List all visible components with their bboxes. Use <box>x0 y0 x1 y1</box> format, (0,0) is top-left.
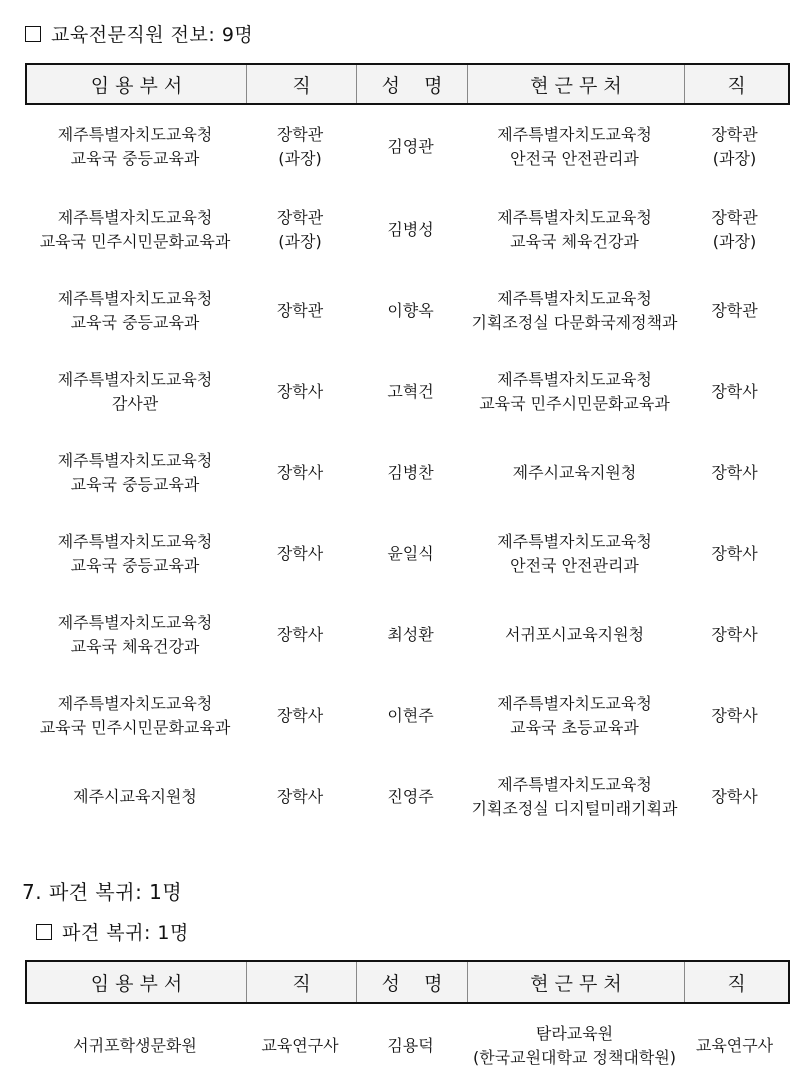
checkbox-square-icon <box>25 26 41 42</box>
name-cell: 이현주 <box>355 675 466 756</box>
current-position-cell: 장학사 <box>683 594 786 675</box>
position-cell-line: 장학관 <box>277 123 323 147</box>
col-appointed-dept: 임 용 부 서 <box>27 962 247 1002</box>
current-workplace-cell: 제주시교육지원청 <box>466 432 683 513</box>
current-workplace-cell-line: 제주특별자치도교육청 <box>497 530 652 554</box>
table-row: 제주특별자치도교육청감사관장학사고혁건제주특별자치도교육청교육국 민주시민문화교… <box>25 351 790 432</box>
checkbox-square-icon <box>36 924 52 940</box>
current-workplace-cell: 탐라교육원(한국교원대학교 정책대학원) <box>466 1004 683 1087</box>
current-workplace-cell-line: 탐라교육원 <box>536 1022 613 1046</box>
transfer-table: 임 용 부 서 직 성 명 현 근 무 처 직 제주특별자치도교육청교육국 중등… <box>25 63 790 837</box>
dept-cell-line: 제주특별자치도교육청 <box>58 530 213 554</box>
current-position-cell: 교육연구사 <box>683 1004 786 1087</box>
dept-cell: 서귀포학생문화원 <box>25 1004 245 1087</box>
table-row: 서귀포학생문화원교육연구사김용덕탐라교육원(한국교원대학교 정책대학원)교육연구… <box>25 1004 790 1087</box>
position-cell-line: 장학사 <box>277 542 323 566</box>
table-row: 제주특별자치도교육청교육국 중등교육과장학관이향옥제주특별자치도교육청기획조정실… <box>25 270 790 351</box>
col-position: 직 <box>247 962 357 1002</box>
current-workplace-cell-line: 제주특별자치도교육청 <box>497 368 652 392</box>
current-position-cell: 장학사 <box>683 432 786 513</box>
current-position-cell: 장학사 <box>683 513 786 594</box>
dept-cell: 제주특별자치도교육청교육국 체육건강과 <box>25 594 245 675</box>
name-cell: 김용덕 <box>355 1004 466 1087</box>
name-cell: 김병성 <box>355 189 466 270</box>
position-cell: 장학사 <box>245 675 355 756</box>
name-cell-line: 김병찬 <box>387 461 433 485</box>
current-position-cell-line: 교육연구사 <box>696 1034 773 1058</box>
name-cell: 이향옥 <box>355 270 466 351</box>
current-position-cell-line: 장학사 <box>711 461 757 485</box>
col-appointed-dept: 임 용 부 서 <box>27 65 247 103</box>
position-cell: 장학사 <box>245 513 355 594</box>
current-position-cell-line: 장학사 <box>711 623 757 647</box>
current-position-cell: 장학관 <box>683 270 786 351</box>
position-cell-line: 장학관 <box>277 206 323 230</box>
dept-cell-line: 교육국 민주시민문화교육과 <box>40 230 231 254</box>
current-position-cell-line: 장학관 <box>711 123 757 147</box>
current-position-cell: 장학관(과장) <box>683 105 786 189</box>
current-workplace-cell-line: 제주특별자치도교육청 <box>497 287 652 311</box>
current-workplace-cell-line: 교육국 체육건강과 <box>510 230 639 254</box>
current-workplace-cell-line: 제주특별자치도교육청 <box>497 692 652 716</box>
position-cell-line: 장학사 <box>277 623 323 647</box>
dept-cell-line: 제주특별자치도교육청 <box>58 692 213 716</box>
position-cell: 장학관(과장) <box>245 105 355 189</box>
position-cell: 장학사 <box>245 351 355 432</box>
table-body: 서귀포학생문화원교육연구사김용덕탐라교육원(한국교원대학교 정책대학원)교육연구… <box>25 1004 790 1087</box>
position-cell-line: 장학사 <box>277 785 323 809</box>
dept-cell: 제주특별자치도교육청교육국 중등교육과 <box>25 105 245 189</box>
position-cell: 장학사 <box>245 756 355 837</box>
name-cell-line: 최성환 <box>387 623 433 647</box>
current-workplace-cell: 제주특별자치도교육청교육국 체육건강과 <box>466 189 683 270</box>
dept-cell-line: 제주특별자치도교육청 <box>58 611 213 635</box>
dept-cell: 제주특별자치도교육청교육국 중등교육과 <box>25 270 245 351</box>
position-cell-line: 장학사 <box>277 704 323 728</box>
position-cell: 장학관 <box>245 270 355 351</box>
dept-cell-line: 교육국 중등교육과 <box>71 554 200 578</box>
col-name: 성 명 <box>357 65 468 103</box>
current-position-cell-line: 장학관 <box>711 206 757 230</box>
table-row: 제주특별자치도교육청교육국 민주시민문화교육과장학사이현주제주특별자치도교육청교… <box>25 675 790 756</box>
current-workplace-cell-line: (한국교원대학교 정책대학원) <box>473 1046 676 1070</box>
dept-cell: 제주특별자치도교육청교육국 민주시민문화교육과 <box>25 189 245 270</box>
position-cell-line: (과장) <box>278 147 321 171</box>
dept-cell-line: 교육국 체육건강과 <box>71 635 200 659</box>
table-header: 임 용 부 서 직 성 명 현 근 무 처 직 <box>25 63 790 105</box>
name-cell: 진영주 <box>355 756 466 837</box>
dept-cell-line: 서귀포학생문화원 <box>73 1034 197 1058</box>
dept-cell: 제주특별자치도교육청감사관 <box>25 351 245 432</box>
current-workplace-cell-line: 안전국 안전관리과 <box>510 554 639 578</box>
col-current-workplace: 현 근 무 처 <box>468 962 685 1002</box>
dept-cell-line: 교육국 민주시민문화교육과 <box>40 716 231 740</box>
section1-heading: 교육전문직원 전보: 9명 <box>25 20 253 47</box>
dept-cell: 제주특별자치도교육청교육국 중등교육과 <box>25 513 245 594</box>
col-name: 성 명 <box>357 962 468 1002</box>
name-cell-line: 김용덕 <box>387 1034 433 1058</box>
table-row: 제주특별자치도교육청교육국 체육건강과장학사최성환서귀포시교육지원청장학사 <box>25 594 790 675</box>
name-cell-line: 진영주 <box>387 785 433 809</box>
position-cell-line: 장학사 <box>277 461 323 485</box>
name-cell: 윤일식 <box>355 513 466 594</box>
current-workplace-cell: 제주특별자치도교육청교육국 민주시민문화교육과 <box>466 351 683 432</box>
name-cell: 김병찬 <box>355 432 466 513</box>
section2-title: 7. 파견 복귀: 1명 <box>22 876 182 905</box>
dept-cell-line: 교육국 중등교육과 <box>71 311 200 335</box>
dispatch-return-table: 임 용 부 서 직 성 명 현 근 무 처 직 서귀포학생문화원교육연구사김용덕… <box>25 960 790 1087</box>
current-workplace-cell-line: 제주특별자치도교육청 <box>497 123 652 147</box>
dept-cell: 제주특별자치도교육청교육국 민주시민문화교육과 <box>25 675 245 756</box>
name-cell-line: 이현주 <box>387 704 433 728</box>
current-position-cell: 장학사 <box>683 675 786 756</box>
position-cell-line: 교육연구사 <box>261 1034 338 1058</box>
table-row: 제주특별자치도교육청교육국 중등교육과장학사윤일식제주특별자치도교육청안전국 안… <box>25 513 790 594</box>
table-row: 제주특별자치도교육청교육국 민주시민문화교육과장학관(과장)김병성제주특별자치도… <box>25 189 790 270</box>
current-workplace-cell-line: 제주특별자치도교육청 <box>497 206 652 230</box>
name-cell: 김영관 <box>355 105 466 189</box>
position-cell: 교육연구사 <box>245 1004 355 1087</box>
current-workplace-cell-line: 기획조정실 다문화국제정책과 <box>471 311 677 335</box>
name-cell-line: 이향옥 <box>387 299 433 323</box>
dept-cell-line: 교육국 중등교육과 <box>71 147 200 171</box>
dept-cell-line: 제주시교육지원청 <box>73 785 197 809</box>
current-workplace-cell-line: 안전국 안전관리과 <box>510 147 639 171</box>
table-row: 제주특별자치도교육청교육국 중등교육과장학관(과장)김영관제주특별자치도교육청안… <box>25 105 790 189</box>
position-cell: 장학관(과장) <box>245 189 355 270</box>
table-row: 제주시교육지원청장학사진영주제주특별자치도교육청기획조정실 디지털미래기획과장학… <box>25 756 790 837</box>
current-workplace-cell-line: 교육국 초등교육과 <box>510 716 639 740</box>
current-workplace-cell: 제주특별자치도교육청교육국 초등교육과 <box>466 675 683 756</box>
name-cell-line: 고혁건 <box>387 380 433 404</box>
name-cell-line: 김병성 <box>387 218 433 242</box>
current-workplace-cell: 제주특별자치도교육청안전국 안전관리과 <box>466 513 683 594</box>
dept-cell-line: 제주특별자치도교육청 <box>58 206 213 230</box>
current-position-cell-line: (과장) <box>713 230 756 254</box>
dept-cell-line: 제주특별자치도교육청 <box>58 287 213 311</box>
current-workplace-cell-line: 제주특별자치도교육청 <box>497 773 652 797</box>
current-position-cell: 장학관(과장) <box>683 189 786 270</box>
dept-cell-line: 제주특별자치도교육청 <box>58 449 213 473</box>
current-workplace-cell: 서귀포시교육지원청 <box>466 594 683 675</box>
dept-cell-line: 제주특별자치도교육청 <box>58 368 213 392</box>
current-position-cell-line: 장학사 <box>711 542 757 566</box>
name-cell-line: 윤일식 <box>387 542 433 566</box>
current-position-cell-line: 장학관 <box>711 299 757 323</box>
section2-heading-text: 파견 복귀: 1명 <box>62 922 189 944</box>
position-cell: 장학사 <box>245 432 355 513</box>
current-workplace-cell-line: 제주시교육지원청 <box>513 461 637 485</box>
position-cell-line: 장학관 <box>277 299 323 323</box>
dept-cell: 제주시교육지원청 <box>25 756 245 837</box>
col-position: 직 <box>247 65 357 103</box>
section2-heading: 파견 복귀: 1명 <box>36 918 189 945</box>
name-cell: 고혁건 <box>355 351 466 432</box>
dept-cell-line: 교육국 중등교육과 <box>71 473 200 497</box>
current-workplace-cell: 제주특별자치도교육청안전국 안전관리과 <box>466 105 683 189</box>
current-position-cell-line: (과장) <box>713 147 756 171</box>
table-header: 임 용 부 서 직 성 명 현 근 무 처 직 <box>25 960 790 1004</box>
col-current-position: 직 <box>685 962 788 1002</box>
current-workplace-cell: 제주특별자치도교육청기획조정실 디지털미래기획과 <box>466 756 683 837</box>
current-position-cell: 장학사 <box>683 756 786 837</box>
position-cell: 장학사 <box>245 594 355 675</box>
dept-cell-line: 제주특별자치도교육청 <box>58 123 213 147</box>
dept-cell-line: 감사관 <box>112 392 158 416</box>
table-row: 제주특별자치도교육청교육국 중등교육과장학사김병찬제주시교육지원청장학사 <box>25 432 790 513</box>
current-workplace-cell: 제주특별자치도교육청기획조정실 다문화국제정책과 <box>466 270 683 351</box>
table-body: 제주특별자치도교육청교육국 중등교육과장학관(과장)김영관제주특별자치도교육청안… <box>25 105 790 837</box>
col-current-position: 직 <box>685 65 788 103</box>
current-position-cell-line: 장학사 <box>711 380 757 404</box>
position-cell-line: 장학사 <box>277 380 323 404</box>
current-position-cell-line: 장학사 <box>711 785 757 809</box>
section1-heading-text: 교육전문직원 전보: 9명 <box>51 24 253 46</box>
current-workplace-cell-line: 기획조정실 디지털미래기획과 <box>471 797 677 821</box>
col-current-workplace: 현 근 무 처 <box>468 65 685 103</box>
name-cell: 최성환 <box>355 594 466 675</box>
position-cell-line: (과장) <box>278 230 321 254</box>
current-position-cell-line: 장학사 <box>711 704 757 728</box>
name-cell-line: 김영관 <box>387 135 433 159</box>
current-workplace-cell-line: 교육국 민주시민문화교육과 <box>479 392 670 416</box>
current-workplace-cell-line: 서귀포시교육지원청 <box>505 623 644 647</box>
dept-cell: 제주특별자치도교육청교육국 중등교육과 <box>25 432 245 513</box>
current-position-cell: 장학사 <box>683 351 786 432</box>
